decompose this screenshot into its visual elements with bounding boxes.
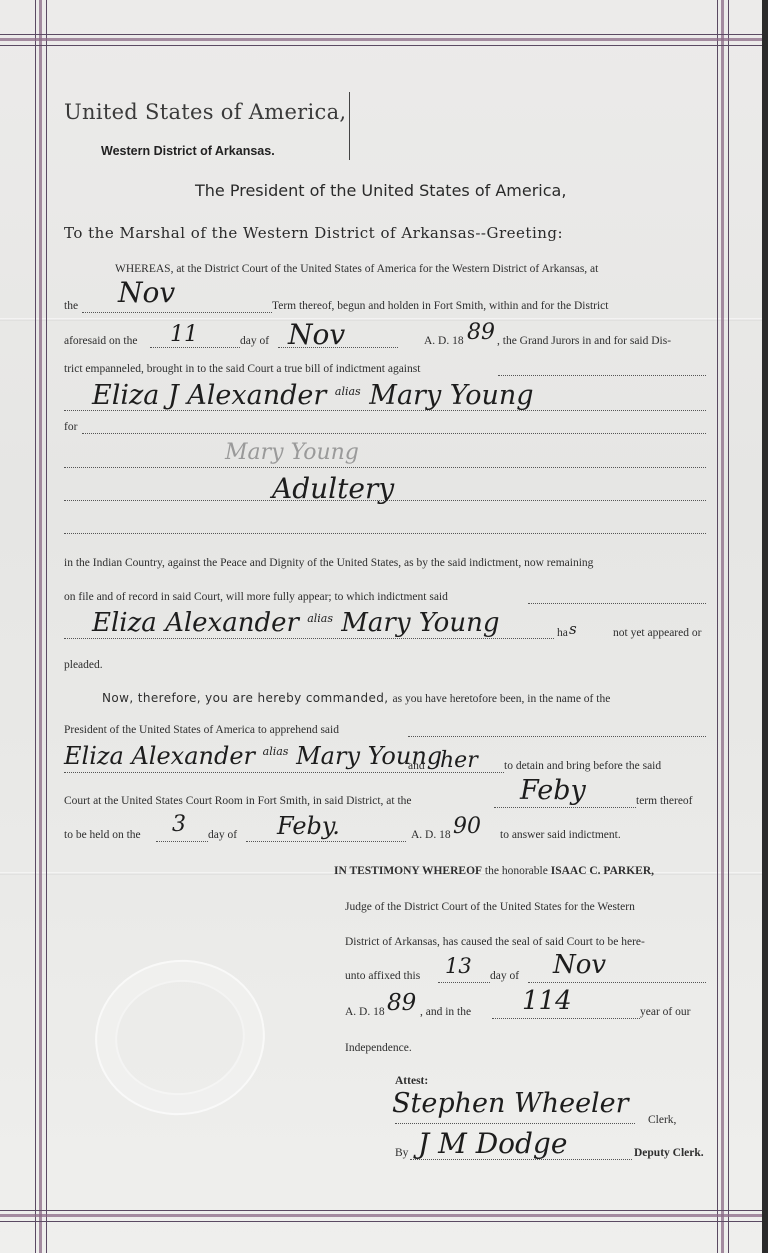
left-border bbox=[35, 0, 47, 1253]
term-field-line bbox=[82, 312, 272, 313]
held-year-handwritten: 90 bbox=[453, 814, 481, 839]
whereas-line-4: trict empanneled, brought in to the said… bbox=[64, 363, 420, 375]
held-month-field-line bbox=[246, 841, 406, 842]
testimony-line-3: District of Arkansas, has caused the sea… bbox=[345, 936, 645, 948]
testimony-line-4-prefix: unto affixed this bbox=[345, 970, 420, 982]
alias-label: alias bbox=[263, 745, 289, 758]
remaining-line-3-suffix: not yet appeared or bbox=[613, 627, 701, 639]
alias-label: alias bbox=[335, 385, 361, 398]
president-line: The President of the United States of Am… bbox=[195, 181, 566, 200]
offense-field-line-1 bbox=[82, 433, 706, 434]
attest-label: Attest: bbox=[395, 1075, 428, 1087]
command-line-2: President of the United States of Americ… bbox=[64, 724, 339, 736]
whereas-line-3-suffix: , the Grand Jurors in and for said Dis- bbox=[497, 335, 671, 347]
whereas-ad: A. D. 18 bbox=[424, 335, 464, 347]
header-title: United States of America, bbox=[64, 100, 346, 124]
term-feby-handwritten: Feby bbox=[520, 775, 586, 806]
top-border bbox=[0, 34, 762, 46]
embossed-court-seal bbox=[85, 949, 275, 1126]
command-line-1-rest: as you have heretofore been, in the name… bbox=[393, 693, 611, 705]
remaining-line-1: in the Indian Country, against the Peace… bbox=[64, 557, 593, 569]
offense-field-line-3 bbox=[64, 500, 706, 501]
held-month-handwritten: Feby. bbox=[277, 812, 340, 840]
defendant-name: Eliza Alexander bbox=[64, 742, 255, 770]
offense-field-line-4 bbox=[64, 533, 706, 534]
greeting-line: To the Marshal of the Western District o… bbox=[64, 224, 563, 242]
seal-day-handwritten: 13 bbox=[445, 954, 472, 978]
command-defendant-line bbox=[64, 772, 504, 773]
deputy-signature: J M Dodge bbox=[418, 1127, 567, 1160]
alias-label: alias bbox=[307, 612, 333, 625]
held-day-handwritten: 3 bbox=[172, 812, 186, 837]
testimony-bold: IN TESTIMONY WHEREOF bbox=[334, 865, 482, 877]
term-handwritten: Nov bbox=[118, 276, 175, 309]
defendant-handwritten: Eliza J Alexander alias Mary Young bbox=[92, 380, 534, 411]
alias-name: Mary Young bbox=[341, 608, 499, 638]
whereas-line-1: WHEREAS, at the District Court of the Un… bbox=[115, 263, 598, 275]
document-paper: United States of America, Western Distri… bbox=[0, 0, 762, 1253]
fold-line bbox=[0, 318, 762, 321]
testimony-ad: A. D. 18 bbox=[345, 1006, 385, 1018]
for-label: for bbox=[64, 421, 77, 433]
against-field-line bbox=[498, 375, 706, 376]
testimony-mid: the honorable bbox=[485, 865, 548, 877]
testimony-line-1: IN TESTIMONY WHEREOF the honorable ISAAC… bbox=[334, 865, 654, 877]
day-handwritten: 11 bbox=[170, 322, 198, 347]
seal-month-handwritten: Nov bbox=[553, 950, 606, 980]
year-handwritten: 89 bbox=[467, 320, 495, 345]
day-field-line bbox=[150, 347, 240, 348]
term-feby-field-line bbox=[494, 807, 636, 808]
seal-year-handwritten: 89 bbox=[387, 990, 416, 1016]
and-label: and bbox=[408, 760, 425, 772]
whereas-line-3-prefix: aforesaid on the bbox=[64, 335, 137, 347]
right-border bbox=[717, 0, 729, 1253]
whereas-line-2-prefix: the bbox=[64, 300, 78, 312]
defendant-name: Eliza Alexander bbox=[92, 608, 299, 638]
command-line-3-suffix: to detain and bring before the said bbox=[504, 760, 661, 772]
remaining-line-2: on file and of record in said Court, wil… bbox=[64, 591, 448, 603]
command-ad: A. D. 18 bbox=[411, 829, 451, 841]
testimony-line-2: Judge of the District Court of the Unite… bbox=[345, 901, 635, 913]
by-label: By bbox=[395, 1147, 408, 1159]
clerk-signature-line bbox=[395, 1123, 635, 1124]
header-subtitle: Western District of Arkansas. bbox=[101, 144, 275, 158]
remaining-defendant-line bbox=[64, 638, 554, 639]
pronoun-handwritten: her bbox=[440, 748, 478, 773]
header-bracket bbox=[343, 92, 350, 160]
command-dayof: day of bbox=[208, 829, 237, 841]
command-line-5-prefix: to be held on the bbox=[64, 829, 141, 841]
held-day-field-line bbox=[156, 841, 208, 842]
testimony-line-5-suffix: year of our bbox=[640, 1006, 690, 1018]
scan-edge bbox=[762, 0, 768, 1253]
command-line-1: Now, therefore, you are hereby commanded… bbox=[102, 689, 610, 707]
bottom-border bbox=[0, 1210, 762, 1222]
command-line-5-suffix: to answer said indictment. bbox=[500, 829, 621, 841]
said-field-line bbox=[528, 603, 706, 604]
has-prefix: ha bbox=[557, 627, 568, 639]
remaining-defendant-handwritten: Eliza Alexander alias Mary Young bbox=[92, 608, 499, 638]
whereas-line-2-suffix: Term thereof, begun and holden in Fort S… bbox=[272, 300, 608, 312]
deputy-clerk-label: Deputy Clerk. bbox=[634, 1147, 704, 1159]
has-suffix-handwritten: s bbox=[569, 620, 577, 638]
testimony-line-5-mid: , and in the bbox=[420, 1006, 471, 1018]
month-handwritten: Nov bbox=[288, 318, 345, 351]
seal-day-field-line bbox=[438, 982, 490, 983]
command-line-4-suffix: term thereof bbox=[636, 795, 693, 807]
command-defendant-handwritten: Eliza Alexander alias Mary Young bbox=[64, 742, 442, 770]
remaining-line-4: pleaded. bbox=[64, 659, 103, 671]
clerk-signature: Stephen Wheeler bbox=[392, 1088, 629, 1119]
clerk-label: Clerk, bbox=[648, 1114, 676, 1126]
testimony-dayof: day of bbox=[490, 970, 519, 982]
faint-name-handwritten: Mary Young bbox=[225, 440, 359, 465]
alias-name: Mary Young bbox=[369, 380, 533, 411]
apprehend-field-line bbox=[408, 736, 706, 737]
seal-month-field-line bbox=[528, 982, 706, 983]
judge-name: ISAAC C. PARKER, bbox=[551, 865, 654, 877]
command-line-4: Court at the United States Court Room in… bbox=[64, 795, 412, 807]
defendant-name: Eliza J Alexander bbox=[92, 380, 326, 411]
independence-year-handwritten: 114 bbox=[522, 986, 572, 1016]
testimony-line-6: Independence. bbox=[345, 1042, 412, 1054]
whereas-dayof: day of bbox=[240, 335, 269, 347]
independence-year-field-line bbox=[492, 1018, 640, 1019]
command-modern-text: Now, therefore, you are hereby commanded… bbox=[102, 691, 389, 705]
offense-field-line-2 bbox=[64, 467, 706, 468]
